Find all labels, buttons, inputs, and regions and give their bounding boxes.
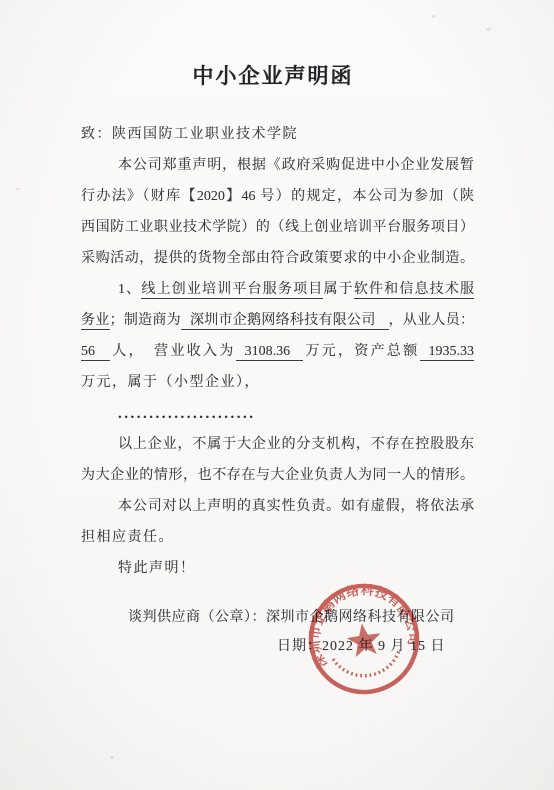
text-run: 行办法》（财库【2020】46 号）的规定，本公司为参加（陕 — [81, 189, 474, 204]
text-run: 特此声明！ — [118, 561, 196, 576]
recipient-line: 致：陕西国防工业职业技术学院 — [81, 125, 474, 147]
industry-value-continued: 务业 — [81, 313, 110, 330]
date-line: 日期：2022 年 9 月 15 日 — [277, 635, 446, 655]
text-run: 本公司郑重声明，根据《政府采购促进中小企业发展暂 — [118, 158, 474, 173]
industry-value: 软件和信息技术服 — [354, 282, 474, 299]
employees-value: 56 — [81, 344, 110, 361]
manufacturer-name-value: 深圳市企鹅网络科技有限公司 — [181, 313, 389, 330]
text-run: 担相应责任。 — [81, 530, 174, 545]
text-run: ；制造商为 — [110, 313, 181, 328]
text-run: 属于 — [323, 282, 353, 297]
declaration-paragraph-line: 行办法》（财库【2020】46 号）的规定，本公司为参加（陕 — [81, 187, 474, 209]
responsibility-statement-line: 本公司对以上声明的真实性负责。如有虚假，将依法承 — [81, 497, 474, 519]
text-run: 采购活动，提供的货物全部由符合政策要求的中小企业制造。 — [81, 251, 474, 266]
ellipsis-dots: ...................... — [118, 406, 256, 422]
affiliation-statement-line: 为大企业的情形，也不存在与大企业负责人为同一人的情形。 — [81, 466, 474, 488]
document-title: 中小企业声明函 — [0, 60, 546, 90]
responsibility-statement-line: 担相应责任。 — [81, 528, 474, 550]
declaration-paragraph-line: 采购活动，提供的货物全部由符合政策要求的中小企业制造。 — [81, 249, 474, 271]
financials-clause-line: 56人， 营业收入为3108.36万元，资产总额1935.33 — [81, 342, 474, 364]
assets-value: 1935.33 — [420, 344, 475, 361]
text-run: 万元，资产总额 — [303, 344, 419, 359]
text-run: 以上企业，不属于大企业的分支机构，不存在控股股东 — [118, 437, 474, 452]
ellipsis-line: ...................... — [81, 404, 474, 426]
scan-speck — [110, 756, 114, 759]
scanned-document-page: 中小企业声明函 致：陕西国防工业职业技术学院 本公司郑重声明，根据《政府采购促进… — [0, 0, 554, 790]
closing-line: 特此声明！ — [81, 559, 474, 581]
manufacturer-clause-line: 务业；制造商为深圳市企鹅网络科技有限公司，从业人员： — [81, 311, 474, 333]
text-run: ，从业人员： — [389, 313, 474, 328]
text-run: 为大企业的情形，也不存在与大企业负责人为同一人的情形。 — [81, 468, 474, 483]
text-run: 西国防工业职业技术学院）的（线上创业培训平台服务项目） — [81, 220, 474, 235]
item-number: 1、 — [118, 282, 141, 297]
revenue-value: 3108.36 — [236, 344, 304, 361]
declaration-paragraph-line: 本公司郑重声明，根据《政府采购促进中小企业发展暂 — [81, 156, 474, 178]
declaration-paragraph-line: 西国防工业职业技术学院）的（线上创业培训平台服务项目） — [81, 218, 474, 240]
enterprise-type-line: 万元，属于（小型企业）， — [81, 373, 474, 395]
project-name-value: 线上创业培训平台服务项目 — [141, 282, 323, 299]
text-run: 人， 营业收入为 — [110, 344, 236, 359]
item-clause-line: 1、线上创业培训平台服务项目属于软件和信息技术服 — [81, 280, 474, 302]
scan-speck — [16, 188, 20, 190]
text-run: 本公司对以上声明的真实性负责。如有虚假，将依法承 — [118, 499, 474, 514]
text-run: 万元，属于（小型企业）， — [81, 375, 260, 390]
scan-speck — [432, 15, 435, 18]
recipient-text: 致：陕西国防工业职业技术学院 — [81, 127, 298, 142]
signer-line: 谈判供应商（公章）：深圳市企鹅网络科技有限公司 — [128, 606, 455, 626]
scan-speck — [486, 28, 491, 31]
affiliation-statement-line: 以上企业，不属于大企业的分支机构，不存在控股股东 — [81, 435, 474, 457]
